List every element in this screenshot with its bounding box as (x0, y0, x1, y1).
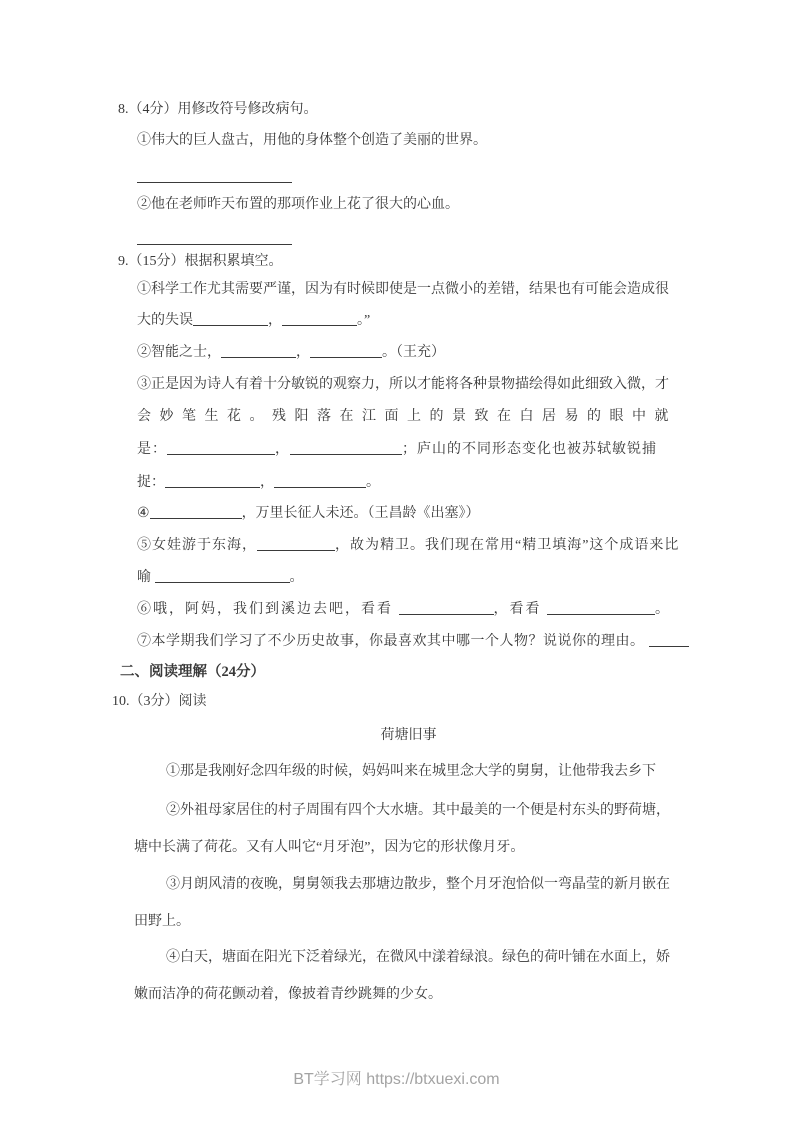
text-segment: 二、阅读理解（24分） (120, 664, 265, 680)
answer-blank-line (310, 344, 382, 358)
question-9-item-1-line-1: ①科学工作尤其需要严谨，因为有时候即使是一点微小的差错，结果也有可能会造成很 (137, 279, 669, 301)
text-segment: ④白天，塘面在阳光下泛着绿光，在微风中漾着绿浪。绿色的荷叶铺在水面上，娇 (166, 950, 670, 965)
passage-title: 荷塘旧事 (137, 725, 680, 747)
question-9-item-3-line-3: 是：，；庐山的不同形态变化也被苏轼敏锐捕 (137, 439, 657, 461)
text-segment: 会妙笔生花。残阳落在江面上的景致在白居易的眼中就 (137, 409, 677, 424)
text-segment: ①那是我刚好念四年级的时候，妈妈叫来在城里念大学的舅舅，让他带我去乡下 (166, 764, 656, 779)
passage-paragraph-2-line-2: 塘中长满了荷花。又有人叫它“月牙泡”，因为它的形状像月牙。 (134, 837, 524, 859)
text-segment: 10.（3分）阅读 (112, 694, 207, 709)
text-segment: ，万里长征人未还。（王昌龄《出塞》） (242, 506, 480, 521)
text-segment: ①科学工作尤其需要严谨，因为有时候即使是一点微小的差错，结果也有可能会造成很 (137, 282, 669, 297)
text-segment: 嫩而洁净的荷花颤动着，像披着青纱跳舞的少女。 (134, 987, 442, 1002)
text-segment: 塘中长满了荷花。又有人叫它“月牙泡”，因为它的形状像月牙。 (134, 840, 524, 855)
watermark-text: BT学习网 https://btxuexi.com (293, 1071, 499, 1088)
question-9-header: 9.（15分）根据积累填空。 (118, 251, 283, 273)
text-segment: ②外祖母家居住的村子周围有四个大水塘。其中最美的一个便是村东头的野荷塘， (166, 803, 670, 818)
answer-blank-line (399, 601, 494, 615)
question-9-item-1-line-2: 大的失误，。” (137, 310, 370, 332)
question-9-item-6: ⑥哦，阿妈，我们到溪边去吧，看看 ，看看 。 (137, 599, 671, 621)
text-segment: ②他在老师昨天布置的那项作业上花了很大的心血。 (137, 197, 459, 212)
question-10-header: 10.（3分）阅读 (112, 691, 207, 713)
question-8-sentence-2: ②他在老师昨天布置的那项作业上花了很大的心血。 (137, 194, 459, 216)
question-8-sentence-1: ①伟大的巨人盘古，用他的身体整个创造了美丽的世界。 (137, 130, 487, 152)
text-segment: 捉： (137, 475, 165, 490)
answer-blank-line (649, 633, 689, 647)
question-9-item-2: ②智能之士，，。（王充） (137, 342, 445, 364)
text-segment: ②智能之士， (137, 345, 221, 360)
text-segment: ④ (137, 506, 150, 521)
answer-blank-line (137, 169, 292, 183)
text-segment: 。 (366, 475, 380, 490)
text-segment: ③正是因为诗人有着十分敏锐的观察力，所以才能将各种景物描绘得如此细致入微，才 (137, 377, 669, 392)
text-segment: ， (275, 442, 290, 457)
question-8-answer-line-2 (137, 229, 292, 251)
text-segment: ，故为精卫。我们现在常用“精卫填海”这个成语来比 (335, 538, 679, 553)
question-9-item-7: ⑦本学期我们学习了不少历史故事，你最喜欢其中哪一个人物？说说你的理由。 (137, 631, 689, 653)
passage-paragraph-3-line-1: ③月朗风清的夜晚，舅舅领我去那塘边散步，整个月牙泡恰似一弯晶莹的新月嵌在 (166, 874, 670, 896)
answer-blank-line (155, 569, 290, 583)
text-segment: 。 (290, 570, 304, 585)
answer-blank-line (165, 474, 260, 488)
text-segment: ， (296, 345, 310, 360)
text-segment: ⑥哦，阿妈，我们到溪边去吧，看看 (137, 602, 399, 617)
passage-paragraph-3-line-2: 田野上。 (134, 911, 190, 933)
watermark-footer: BT学习网 https://btxuexi.com (0, 1068, 793, 1092)
question-9-item-3-line-2: 会妙笔生花。残阳落在江面上的景致在白居易的眼中就 (137, 406, 677, 428)
answer-blank-line (274, 474, 366, 488)
section-2-heading: 二、阅读理解（24分） (120, 661, 265, 683)
answer-blank-line (282, 312, 357, 326)
document-lines: 8.（4分）用修改符号修改病句。①伟大的巨人盘古，用他的身体整个创造了美丽的世界… (0, 0, 793, 1122)
passage-paragraph-1: ①那是我刚好念四年级的时候，妈妈叫来在城里念大学的舅舅，让他带我去乡下 (166, 761, 656, 783)
answer-blank-line (547, 601, 655, 615)
text-segment: 大的失误 (137, 313, 193, 328)
text-segment: 荷塘旧事 (381, 728, 437, 743)
text-segment: ， (260, 475, 274, 490)
text-segment: ， (268, 313, 282, 328)
passage-paragraph-4-line-2: 嫩而洁净的荷花颤动着，像披着青纱跳舞的少女。 (134, 984, 442, 1006)
text-segment: 9.（15分）根据积累填空。 (118, 254, 283, 269)
question-9-item-3-line-1: ③正是因为诗人有着十分敏锐的观察力，所以才能将各种景物描绘得如此细致入微，才 (137, 374, 669, 396)
question-9-item-5-line-2: 喻 。 (137, 567, 304, 589)
question-8-answer-line-1 (137, 167, 292, 189)
text-segment: 8.（4分）用修改符号修改病句。 (118, 102, 318, 117)
document-page: 8.（4分）用修改符号修改病句。①伟大的巨人盘古，用他的身体整个创造了美丽的世界… (0, 0, 793, 1122)
text-segment: 。” (357, 313, 370, 328)
answer-blank-line (167, 441, 275, 455)
text-segment: 田野上。 (134, 914, 190, 929)
text-segment: ，看看 (494, 602, 548, 617)
text-segment: ⑦本学期我们学习了不少历史故事，你最喜欢其中哪一个人物？说说你的理由。 (137, 634, 649, 649)
passage-paragraph-4-line-1: ④白天，塘面在阳光下泛着绿光，在微风中漾着绿浪。绿色的荷叶铺在水面上，娇 (166, 947, 670, 969)
text-segment: ；庐山的不同形态变化也被苏轼敏锐捕 (402, 442, 657, 457)
question-9-item-4: ④，万里长征人未还。（王昌龄《出塞》） (137, 503, 480, 525)
text-segment: ①伟大的巨人盘古，用他的身体整个创造了美丽的世界。 (137, 133, 487, 148)
question-9-item-3-line-4: 捉：，。 (137, 472, 380, 494)
answer-blank-line (150, 505, 242, 519)
answer-blank-line (290, 441, 402, 455)
question-8-header: 8.（4分）用修改符号修改病句。 (118, 99, 318, 121)
answer-blank-line (137, 231, 292, 245)
text-segment: 喻 (137, 570, 155, 585)
text-segment: ③月朗风清的夜晚，舅舅领我去那塘边散步，整个月牙泡恰似一弯晶莹的新月嵌在 (166, 877, 670, 892)
text-segment: 。 (655, 602, 671, 617)
passage-paragraph-2-line-1: ②外祖母家居住的村子周围有四个大水塘。其中最美的一个便是村东头的野荷塘， (166, 800, 670, 822)
answer-blank-line (193, 312, 268, 326)
answer-blank-line (257, 537, 335, 551)
text-segment: 是： (137, 442, 167, 457)
text-segment: 。（王充） (382, 345, 445, 360)
text-segment: ⑤女娃游于东海， (137, 538, 257, 553)
question-9-item-5-line-1: ⑤女娃游于东海，，故为精卫。我们现在常用“精卫填海”这个成语来比 (137, 535, 679, 557)
answer-blank-line (221, 344, 296, 358)
